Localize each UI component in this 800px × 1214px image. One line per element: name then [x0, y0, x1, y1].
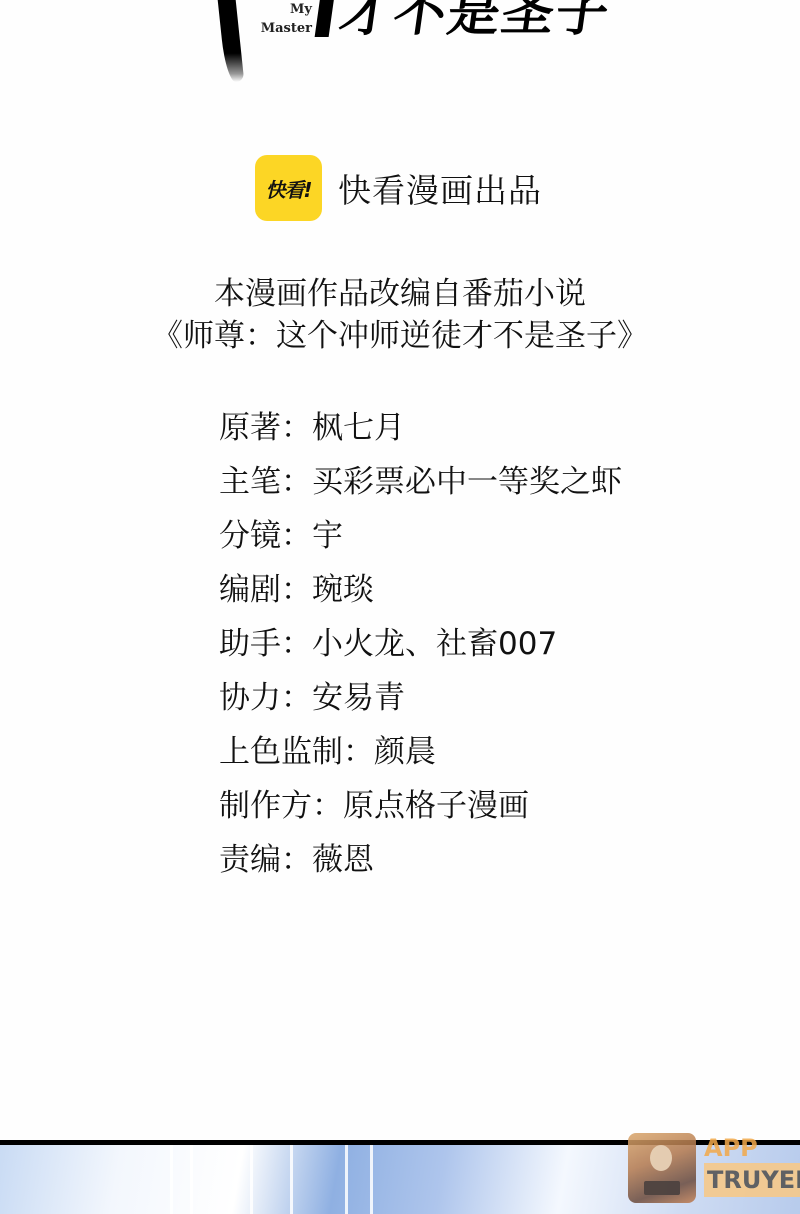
chinese-title: 才不是圣子 [314, 0, 615, 44]
light-ray [250, 1145, 253, 1214]
light-ray [290, 1145, 293, 1214]
publisher-label: 快看漫画出品 [338, 165, 542, 212]
credit-role: 原著： [219, 410, 312, 446]
credit-name: 安易青 [312, 680, 405, 716]
watermark-text: APP TRUYEN [704, 1133, 800, 1203]
credit-name: 小火龙、社畜007 [312, 626, 557, 662]
chinese-title-text: 才不是圣子 [336, 0, 615, 43]
adaptation-line2: 《师尊：这个冲师逆徒才不是圣子》 [0, 315, 800, 357]
english-title: My Master [252, 0, 312, 38]
watermark-truyen: TRUYEN [704, 1163, 800, 1197]
english-title-line2: Master [252, 19, 312, 38]
credit-color-supervisor: 上色监制：颜晨 [219, 729, 622, 783]
credit-collaborator: 协力：安易青 [219, 675, 622, 729]
avatar-face [650, 1145, 672, 1171]
credits-list: 原著：枫七月 主笔：买彩票必中一等奖之虾 分镜：宇 编剧：琬琰 助手：小火龙、社… [219, 405, 622, 891]
credit-role: 分镜： [219, 518, 312, 554]
credit-name: 原点格子漫画 [343, 788, 529, 824]
credit-role: 助手： [219, 626, 312, 662]
credit-screenwriter: 编剧：琬琰 [219, 567, 622, 621]
apptruyen-watermark: APP TRUYEN [628, 1133, 800, 1203]
watermark-avatar-icon [628, 1133, 696, 1203]
credit-name: 薇恩 [312, 842, 374, 878]
kuaikan-logo-icon: 快看! [255, 155, 322, 221]
credit-role: 主笔： [219, 464, 312, 500]
credit-storyboard: 分镜：宇 [219, 513, 622, 567]
credit-production: 制作方：原点格子漫画 [219, 783, 622, 837]
english-title-line1: My [252, 0, 312, 19]
credit-original-author: 原著：枫七月 [219, 405, 622, 459]
credit-role: 责编： [219, 842, 312, 878]
credit-role: 上色监制： [219, 734, 374, 770]
brush-stroke-decoration [218, 0, 245, 82]
credit-lead-artist: 主笔：买彩票必中一等奖之虾 [219, 459, 622, 513]
credit-role: 编剧： [219, 572, 312, 608]
light-ray [345, 1145, 348, 1214]
credit-name: 枫七月 [312, 410, 405, 446]
brush-bar-decoration [315, 0, 335, 37]
credit-role: 制作方： [219, 788, 343, 824]
credit-name: 宇 [312, 518, 343, 554]
light-ray [370, 1145, 373, 1214]
credit-editor: 责编：薇恩 [219, 837, 622, 891]
watermark-app: APP [704, 1133, 800, 1163]
credit-name: 琬琰 [312, 572, 374, 608]
light-ray [190, 1145, 193, 1214]
avatar-book [644, 1181, 680, 1195]
light-ray [170, 1145, 173, 1214]
credit-role: 协力： [219, 680, 312, 716]
adaptation-note: 本漫画作品改编自番茄小说 《师尊：这个冲师逆徒才不是圣子》 [0, 273, 800, 357]
comic-title-banner: My Master 才不是圣子 [0, 0, 800, 95]
publisher-credit: 快看! 快看漫画出品 [255, 155, 542, 221]
credit-assistants: 助手：小火龙、社畜007 [219, 621, 622, 675]
adaptation-line1: 本漫画作品改编自番茄小说 [0, 273, 800, 315]
credit-name: 颜晨 [374, 734, 436, 770]
credit-name: 买彩票必中一等奖之虾 [312, 464, 622, 500]
